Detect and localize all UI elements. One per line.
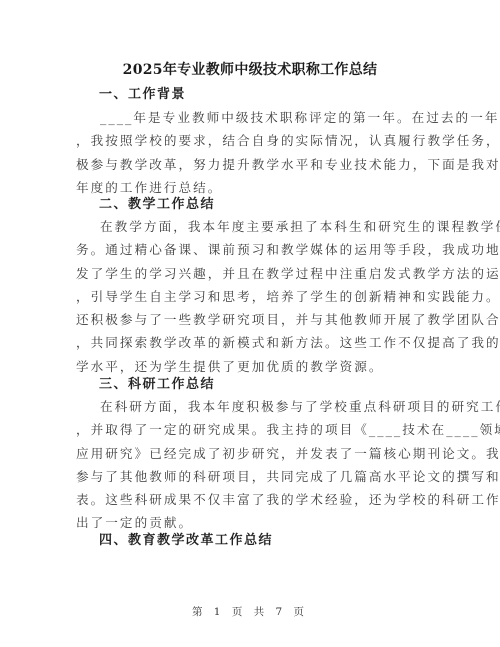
paragraph-line: ____年是专业教师中级技术职称评定的第一年。在过去的一年中 bbox=[76, 106, 419, 129]
section-paragraph-research: 在科研方面，我本年度积极参与了学校重点科研项目的研究工作 ，并取得了一定的研究成… bbox=[76, 395, 419, 535]
section-paragraph-background: ____年是专业教师中级技术职称评定的第一年。在过去的一年中 ，我按照学校的要求… bbox=[76, 106, 419, 199]
document-title: 2025年专业教师中级技术职称工作总结 bbox=[0, 59, 500, 79]
paragraph-line: 应用研究》已经完成了初步研究，并发表了一篇核心期刊论文。我还 bbox=[76, 442, 419, 465]
paragraph-line: 在教学方面，我本年度主要承担了本科生和研究生的课程教学任 bbox=[76, 215, 419, 238]
paragraph-line: ，共同探索教学改革的新模式和新方法。这些工作不仅提高了我的教 bbox=[76, 331, 419, 354]
page-number-footer: 第 1 页 共 7 页 bbox=[0, 604, 500, 619]
section-heading-teaching: 二、教学工作总结 bbox=[99, 193, 215, 212]
paragraph-line: 参与了其他教师的科研项目，共同完成了几篇高水平论文的撰写和发 bbox=[76, 465, 419, 488]
section-paragraph-teaching: 在教学方面，我本年度主要承担了本科生和研究生的课程教学任 务。通过精心备课、课前… bbox=[76, 215, 419, 378]
section-heading-research: 三、科研工作总结 bbox=[99, 373, 215, 392]
document-page: 2025年专业教师中级技术职称工作总结 一、工作背景 ____年是专业教师中级技… bbox=[0, 0, 500, 647]
paragraph-line: ，并取得了一定的研究成果。我主持的项目《____技术在____领域的 bbox=[76, 418, 419, 441]
paragraph-line: 极参与教学改革，努力提升教学水平和专业技术能力，下面是我对本 bbox=[76, 153, 419, 176]
section-heading-background: 一、工作背景 bbox=[99, 83, 186, 102]
paragraph-line: ，我按照学校的要求，结合自身的实际情况，认真履行教学任务，积 bbox=[76, 129, 419, 152]
paragraph-line: 务。通过精心备课、课前预习和教学媒体的运用等手段，我成功地激 bbox=[76, 238, 419, 261]
paragraph-line: 还积极参与了一些教学研究项目，并与其他教师开展了教学团队合作 bbox=[76, 308, 419, 331]
paragraph-line: ，引导学生自主学习和思考，培养了学生的创新精神和实践能力。我 bbox=[76, 285, 419, 308]
paragraph-line: 发了学生的学习兴趣，并且在教学过程中注重启发式教学方法的运用 bbox=[76, 262, 419, 285]
section-heading-reform: 四、教育教学改革工作总结 bbox=[99, 529, 273, 548]
paragraph-line: 表。这些科研成果不仅丰富了我的学术经验，还为学校的科研工作做 bbox=[76, 488, 419, 511]
paragraph-line: 在科研方面，我本年度积极参与了学校重点科研项目的研究工作 bbox=[76, 395, 419, 418]
